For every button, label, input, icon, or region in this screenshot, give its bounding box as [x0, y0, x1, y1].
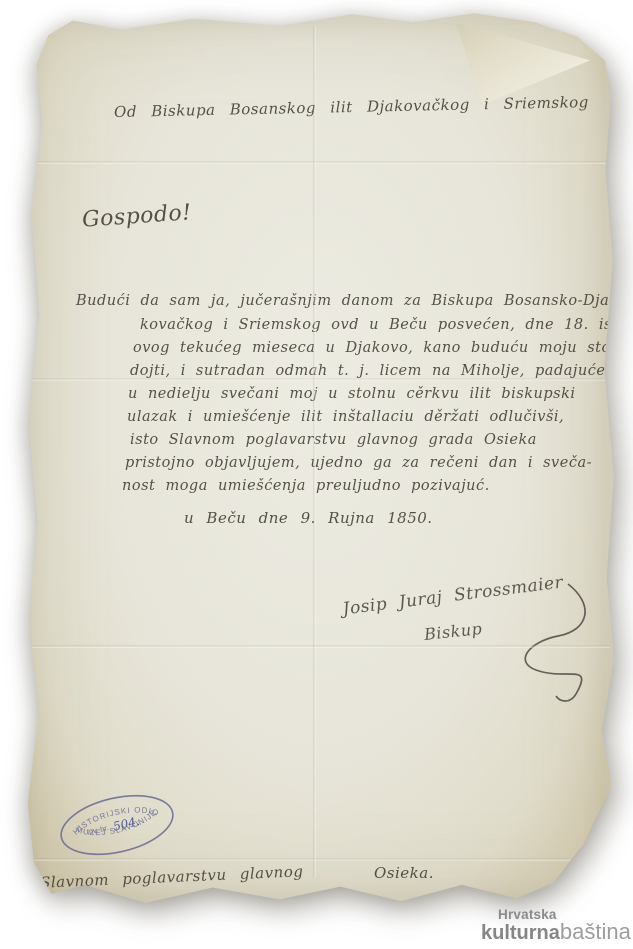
body-line-6: ulazak i umiešćenje ilit inštallaciu děr… — [127, 409, 564, 425]
body-line-5: u nedielju svečani moj u stolnu cěrkvu i… — [128, 386, 576, 402]
letter-paper-wrap: Od Biskupa Bosanskog ilit Djakovačkog i … — [12, 6, 620, 912]
signature-title: Biskup — [423, 619, 483, 644]
body-line-9: nost moga umiešćenja preuljudno pozivaju… — [122, 478, 490, 494]
page-background: { "letter": { "header": "Od Biskupa Bosa… — [0, 0, 633, 949]
heritage-watermark: Hrvatska kulturnabaština — [481, 908, 631, 943]
footer-address-left: Slavnom poglavarstvu glavnog — [40, 862, 304, 891]
watermark-line2: kulturnabaština — [481, 921, 631, 943]
body-line-7: isto Slavnom poglavarstvu glavnog grada … — [130, 432, 537, 448]
body-line-1: Budući da sam ja, jučerašnjim danom za B… — [76, 293, 615, 309]
museum-stamp: HISTORIJSKI ODIO MUZEJ SLAVONIJE Inv. br… — [48, 780, 185, 871]
stamp-inventory-number: 504. — [112, 814, 141, 834]
watermark-bastina: baština — [560, 919, 631, 944]
body-line-3: ovog tekućeg mieseca u Djakovo, kano bud… — [133, 340, 633, 356]
body-line-8: pristojno objavljujem, ujedno ga za reče… — [125, 455, 592, 471]
letter-heading: Od Biskupa Bosanskog ilit Djakovačkog i … — [114, 93, 589, 121]
body-line-2: kovačkog i Sriemskog ovd u Beču posvećen… — [140, 317, 633, 333]
signature-flourish — [510, 578, 610, 708]
watermark-kulturna: kulturna — [481, 922, 560, 944]
footer-address-right: Osieka. — [374, 864, 434, 882]
salutation: Gospodo! — [81, 200, 192, 233]
dateline: u Beču dne 9. Rujna 1850. — [184, 509, 433, 527]
body-line-4: dojti, i sutradan odmah t. j. licem na M… — [130, 363, 605, 379]
letter-paper: Od Biskupa Bosanskog ilit Djakovačkog i … — [12, 6, 620, 912]
